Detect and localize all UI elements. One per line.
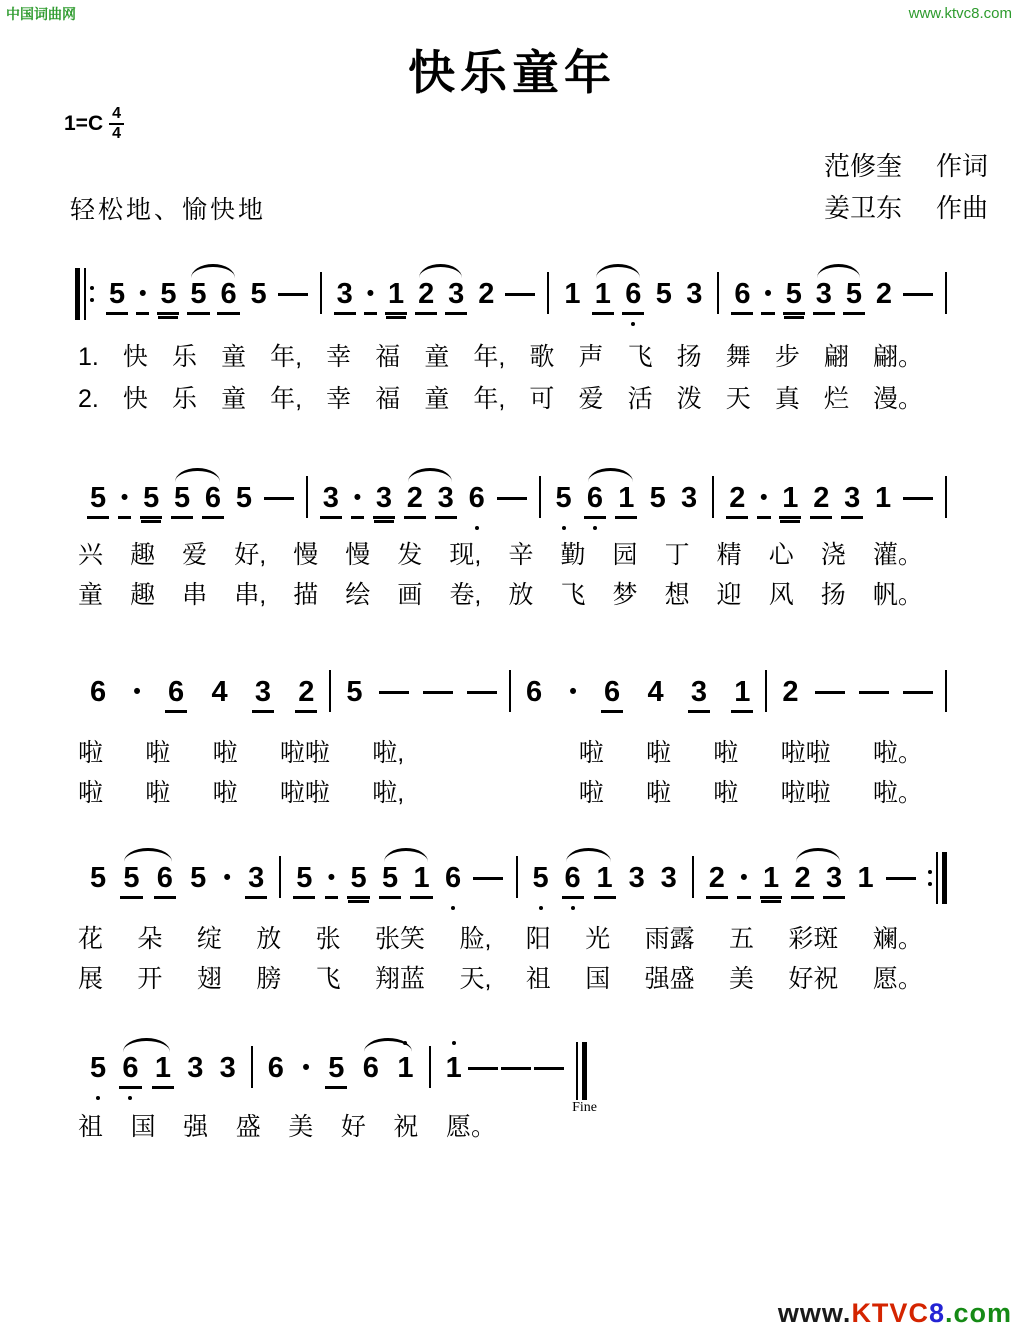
lyric-syllable: 灌。 bbox=[873, 540, 923, 570]
lyric-syllable: 翩。 bbox=[873, 342, 923, 372]
note: 3 bbox=[813, 276, 835, 315]
lyric-syllable: 张笑 bbox=[375, 924, 425, 954]
note: 2 bbox=[295, 674, 317, 713]
measure: 3•1232 bbox=[322, 262, 548, 331]
slur-arc bbox=[408, 468, 452, 482]
lyric-syllable: 福 bbox=[375, 342, 400, 372]
lyric-syllable: 展 bbox=[78, 964, 103, 994]
slur-arc bbox=[596, 264, 640, 278]
dot-note: • bbox=[757, 480, 770, 519]
octave-dot-low bbox=[562, 526, 566, 530]
lyric-syllable: 张 bbox=[316, 924, 341, 954]
lyric-syllable: 慢 bbox=[345, 540, 370, 570]
lyric-syllable: 朵 bbox=[137, 924, 162, 954]
lyric-syllable: 好, bbox=[234, 540, 266, 570]
measure: 2 bbox=[767, 660, 945, 726]
lyric-syllable: 1. bbox=[78, 342, 99, 372]
note: 2 bbox=[404, 480, 426, 519]
dash-note bbox=[468, 1067, 498, 1070]
dot-note: • bbox=[364, 276, 377, 315]
note: 3 bbox=[678, 480, 700, 516]
measure: 6•6431 bbox=[511, 660, 765, 729]
note: 5 bbox=[120, 860, 142, 899]
dash-note bbox=[501, 1067, 531, 1070]
lyric-syllable: 美 bbox=[288, 1112, 313, 1142]
dash-note bbox=[278, 293, 308, 296]
dot-note: • bbox=[221, 860, 234, 896]
lyric-syllable: 年, bbox=[473, 384, 505, 414]
lyric-syllable: 想 bbox=[665, 580, 690, 610]
note: 6 bbox=[165, 674, 187, 713]
dot-note: • bbox=[130, 674, 143, 710]
slur-arc bbox=[588, 468, 633, 482]
measure: 6•6432 bbox=[75, 660, 329, 729]
dash-note bbox=[903, 497, 933, 500]
lyric-syllable: 幸 bbox=[326, 342, 351, 372]
note: 3 bbox=[334, 276, 356, 315]
composer-role: 作曲 bbox=[936, 188, 988, 225]
lyric-syllable: 雨露 bbox=[645, 924, 695, 954]
song-title: 快乐童年 bbox=[0, 36, 1024, 103]
note: 5 bbox=[140, 480, 162, 519]
lyric-syllable: 飞 bbox=[628, 342, 653, 372]
dash-note bbox=[379, 691, 409, 694]
note: 3 bbox=[688, 674, 710, 713]
note: 6 bbox=[442, 860, 464, 896]
slur-arc bbox=[175, 468, 219, 482]
lyric-syllable: 帆。 bbox=[873, 580, 923, 610]
measure: 5•5565 bbox=[94, 262, 320, 331]
note: 4 bbox=[644, 674, 666, 710]
lyric-syllable: 扬 bbox=[821, 580, 846, 610]
lyric-syllable: 2. bbox=[78, 384, 99, 414]
lyric-syllable: 乐 bbox=[172, 342, 197, 372]
dash-note bbox=[264, 497, 294, 500]
music-line-4: 5565•35•5516561332•1231 bbox=[75, 846, 947, 915]
note: 5 bbox=[157, 276, 179, 315]
note: 6 bbox=[601, 674, 623, 713]
repeat-begin-barline bbox=[75, 268, 94, 320]
lyric-syllable: 辛 bbox=[508, 540, 533, 570]
lyric-syllable: 年, bbox=[473, 342, 505, 372]
octave-dot-low bbox=[96, 1096, 100, 1100]
note: 3 bbox=[320, 480, 342, 519]
lyric-syllable: 舞 bbox=[726, 342, 751, 372]
lyric-syllable: 爱 bbox=[182, 540, 207, 570]
lyric-syllable: 啦啦 bbox=[280, 738, 330, 768]
lyric-syllable: 烂 bbox=[824, 384, 849, 414]
note: 6 bbox=[562, 860, 584, 899]
note: 3 bbox=[217, 1050, 239, 1086]
lyric-syllable: 绘 bbox=[345, 580, 370, 610]
time-signature-top: 4 bbox=[109, 106, 124, 125]
lyric-syllable: 啦啦 bbox=[781, 738, 831, 768]
note: 1 bbox=[410, 860, 432, 899]
note: 5 bbox=[171, 480, 193, 519]
lyric-syllable: 可 bbox=[529, 384, 554, 414]
note: 3 bbox=[245, 860, 267, 899]
lyric-syllable: 卷, bbox=[449, 580, 481, 610]
note: 1 bbox=[561, 276, 583, 312]
dash-note bbox=[903, 293, 933, 296]
note: 5 bbox=[843, 276, 865, 315]
dot-note: • bbox=[566, 674, 579, 710]
lyric-syllable: 强盛 bbox=[645, 964, 695, 994]
note: 2 bbox=[779, 674, 801, 710]
dot-note: • bbox=[299, 1050, 312, 1086]
note: 5 bbox=[343, 674, 365, 710]
note: 3 bbox=[252, 674, 274, 713]
lyric-syllable: 精 bbox=[717, 540, 742, 570]
tempo-marking: 轻松地、愉快地 bbox=[70, 190, 266, 226]
key-signature: 1=C 4 4 bbox=[64, 106, 124, 142]
lyric-syllable: 年, bbox=[270, 342, 302, 372]
note: 6 bbox=[731, 276, 753, 315]
lyric-syllable: 啦。 bbox=[873, 738, 923, 768]
measure: 56133 bbox=[75, 1036, 251, 1105]
slur-arc bbox=[419, 264, 462, 278]
lyric-syllable: 乐 bbox=[172, 384, 197, 414]
lyric-syllable: 啦 bbox=[213, 738, 238, 768]
note: 5 bbox=[347, 860, 369, 899]
note: 5 bbox=[87, 860, 109, 896]
watermark-part: KTVC bbox=[851, 1298, 929, 1328]
lyric-syllable: 步 bbox=[775, 342, 800, 372]
key-prefix: 1=C bbox=[64, 112, 103, 136]
measure: 6•561 bbox=[253, 1036, 429, 1105]
measure: 5 bbox=[331, 660, 509, 726]
lyric-row-verse2: 啦啦啦啦啦啦,啦啦啦啦啦啦。 bbox=[78, 778, 923, 808]
music-line-2: 5•55653•3236561532•1231 bbox=[75, 466, 947, 535]
octave-dot-low bbox=[593, 526, 597, 530]
lyric-syllable: 国 bbox=[131, 1112, 156, 1142]
lyricist-role: 作词 bbox=[936, 146, 988, 183]
lyric-row-verse2: 展开翅膀飞翔蓝天,祖国强盛美好祝愿。 bbox=[78, 964, 923, 994]
site-name: 中国词曲网 bbox=[6, 4, 76, 24]
measure: 11653 bbox=[549, 262, 717, 331]
lyric-syllable: 童 bbox=[424, 384, 449, 414]
slur-arc bbox=[566, 848, 611, 862]
note: 1 bbox=[592, 276, 614, 315]
lyric-syllable: 啦啦 bbox=[280, 778, 330, 808]
lyric-syllable: 漫。 bbox=[873, 384, 923, 414]
dash-note bbox=[505, 293, 535, 296]
note: 5 bbox=[647, 480, 669, 516]
note: 6 bbox=[466, 480, 488, 516]
final-barline: Fine bbox=[576, 1042, 587, 1100]
lyric-syllable: 兴 bbox=[78, 540, 103, 570]
lyric-syllable: 光 bbox=[585, 924, 610, 954]
lyric-syllable: 膀 bbox=[256, 964, 281, 994]
barline bbox=[945, 476, 947, 518]
note: 6 bbox=[265, 1050, 287, 1086]
dash-note bbox=[859, 691, 889, 694]
measure: 5565•3 bbox=[75, 846, 279, 915]
dot-note: • bbox=[118, 480, 131, 519]
note: 1 bbox=[594, 860, 616, 899]
watermark-part: 8 bbox=[929, 1298, 945, 1328]
note: 5 bbox=[233, 480, 255, 516]
watermark-part: www. bbox=[778, 1298, 852, 1328]
repeat-dots bbox=[928, 852, 932, 904]
lyric-syllable: 浇 bbox=[821, 540, 846, 570]
lyric-syllable: 慢 bbox=[293, 540, 318, 570]
lyric-row-verse2: 童趣串串,描绘画卷,放飞梦想迎风扬帆。 bbox=[78, 580, 923, 610]
lyric-syllable: 童 bbox=[221, 384, 246, 414]
lyric-syllable: 扬 bbox=[677, 342, 702, 372]
lyric-syllable: 翩 bbox=[824, 342, 849, 372]
note: 1 bbox=[779, 480, 801, 519]
note: 3 bbox=[184, 1050, 206, 1086]
note: 6 bbox=[523, 674, 545, 710]
note: 5 bbox=[553, 480, 575, 516]
lyric-syllable: 风 bbox=[769, 580, 794, 610]
lyric-syllable: 啦 bbox=[78, 778, 103, 808]
note: 3 bbox=[823, 860, 845, 899]
lyric-syllable: 真 bbox=[775, 384, 800, 414]
lyric-syllable: 爱 bbox=[579, 384, 604, 414]
site-url-header: www.ktvc8.com bbox=[909, 5, 1012, 22]
lyric-syllable: 丁 bbox=[665, 540, 690, 570]
dot-note: • bbox=[737, 860, 750, 899]
time-signature: 4 4 bbox=[109, 106, 124, 142]
lyric-syllable: 园 bbox=[613, 540, 638, 570]
lyric-syllable: 盛 bbox=[236, 1112, 261, 1142]
lyric-row-verse1: 1.快乐童年,幸福童年,歌声飞扬舞步翩翩。 bbox=[78, 342, 923, 372]
lyric-syllable: 心 bbox=[769, 540, 794, 570]
measure: 56153 bbox=[541, 466, 713, 535]
measure: 2•1231 bbox=[714, 466, 945, 535]
measure: 3•3236 bbox=[308, 466, 539, 535]
note: 5 bbox=[783, 276, 805, 315]
note: 5 bbox=[187, 276, 209, 315]
sheet-music-page: 中国词曲网 www.ktvc8.com 快乐童年 1=C 4 4 范修奎 作词 … bbox=[0, 0, 1024, 1331]
note: 2 bbox=[475, 276, 497, 312]
octave-dot-low bbox=[571, 906, 575, 910]
measure: 56133 bbox=[518, 846, 692, 915]
octave-dot-low bbox=[539, 906, 543, 910]
slur-arc bbox=[124, 848, 171, 862]
lyric-syllable: 啦 bbox=[713, 778, 738, 808]
note: 1 bbox=[443, 1050, 465, 1086]
note: 3 bbox=[435, 480, 457, 519]
lyric-syllable: 愿。 bbox=[873, 964, 923, 994]
note: 1 bbox=[731, 674, 753, 713]
note: 3 bbox=[626, 860, 648, 896]
lyric-syllable: 童 bbox=[221, 342, 246, 372]
lyric-syllable: 愿。 bbox=[446, 1112, 496, 1142]
lyric-syllable: 国 bbox=[585, 964, 610, 994]
measure: 6•5352 bbox=[719, 262, 945, 331]
octave-dot-high bbox=[452, 1041, 456, 1045]
dash-note bbox=[497, 497, 527, 500]
note: 6 bbox=[87, 674, 109, 710]
music-line-5: 561336•5611Fine bbox=[75, 1036, 587, 1105]
site-watermark: www.KTVC8.com bbox=[778, 1298, 1012, 1329]
note: 3 bbox=[445, 276, 467, 315]
lyric-syllable: 趣 bbox=[130, 540, 155, 570]
lyric-syllable: 童 bbox=[78, 580, 103, 610]
note: 1 bbox=[760, 860, 782, 899]
octave-dot-low bbox=[631, 322, 635, 326]
note: 2 bbox=[873, 276, 895, 312]
barline bbox=[945, 272, 947, 314]
lyric-row-coda: 祖国强盛美好祝愿。 bbox=[78, 1112, 496, 1142]
lyric-syllable: 好祝 bbox=[788, 964, 838, 994]
lyric-syllable: 现, bbox=[449, 540, 481, 570]
note: 1 bbox=[615, 480, 637, 519]
music-line-3: 6•643256•64312 bbox=[75, 660, 947, 729]
lyric-syllable: 快 bbox=[123, 342, 148, 372]
lyric-syllable: 美 bbox=[729, 964, 754, 994]
lyric-syllable: 啦 bbox=[579, 778, 604, 808]
note: 3 bbox=[373, 480, 395, 519]
lyric-row-verse1: 花朵绽放张张笑脸,阳光雨露五彩斑斓。 bbox=[78, 924, 923, 954]
lyric-syllable: 好 bbox=[341, 1112, 366, 1142]
lyric-syllable: 勤 bbox=[560, 540, 585, 570]
lyric-syllable: 祖 bbox=[78, 1112, 103, 1142]
dot-note: • bbox=[325, 860, 338, 899]
lyric-syllable: 天, bbox=[459, 964, 491, 994]
measure: 2•1231 bbox=[694, 846, 928, 915]
lyric-syllable: 串 bbox=[182, 580, 207, 610]
lyric-syllable: 啦 bbox=[213, 778, 238, 808]
measure: 5•5516 bbox=[281, 846, 515, 915]
lyric-syllable: 梦 bbox=[613, 580, 638, 610]
lyric-syllable: 快 bbox=[123, 384, 148, 414]
lyric-syllable: 啦 bbox=[713, 738, 738, 768]
note: 5 bbox=[653, 276, 675, 312]
note: 1 bbox=[854, 860, 876, 896]
note: 2 bbox=[415, 276, 437, 315]
note: 4 bbox=[208, 674, 230, 710]
note: 3 bbox=[683, 276, 705, 312]
lyric-syllable: 啦 bbox=[78, 738, 103, 768]
lyric-syllable: 强 bbox=[183, 1112, 208, 1142]
fine-marking: Fine bbox=[572, 1100, 597, 1116]
note: 1 bbox=[872, 480, 894, 516]
note: 5 bbox=[530, 860, 552, 896]
note: 6 bbox=[584, 480, 606, 519]
note: 6 bbox=[217, 276, 239, 315]
lyric-syllable: 活 bbox=[628, 384, 653, 414]
lyric-syllable: 彩斑 bbox=[788, 924, 838, 954]
octave-dot-low bbox=[475, 526, 479, 530]
dash-note bbox=[534, 1067, 564, 1070]
dash-note bbox=[473, 877, 503, 880]
lyric-syllable: 天 bbox=[726, 384, 751, 414]
lyric-syllable: 放 bbox=[256, 924, 281, 954]
note: 1 bbox=[394, 1050, 416, 1086]
lyric-syllable: 五 bbox=[729, 924, 754, 954]
note: 6 bbox=[119, 1050, 141, 1089]
lyric-spacer bbox=[446, 778, 536, 808]
lyric-syllable: 串, bbox=[234, 580, 266, 610]
note: 2 bbox=[810, 480, 832, 519]
lyric-syllable: 翔蓝 bbox=[375, 964, 425, 994]
lyric-syllable: 斓。 bbox=[873, 924, 923, 954]
lyric-syllable: 绽 bbox=[197, 924, 222, 954]
lyric-syllable: 飞 bbox=[560, 580, 585, 610]
octave-dot-low bbox=[128, 1096, 132, 1100]
lyric-syllable: 童 bbox=[424, 342, 449, 372]
composer-name: 姜卫东 bbox=[824, 188, 902, 225]
lyric-syllable: 祝 bbox=[393, 1112, 418, 1142]
lyric-syllable: 啦 bbox=[579, 738, 604, 768]
note: 3 bbox=[841, 480, 863, 519]
watermark-part: .com bbox=[945, 1298, 1012, 1328]
note: 6 bbox=[622, 276, 644, 315]
dot-note: • bbox=[351, 480, 364, 519]
lyric-syllable: 趣 bbox=[130, 580, 155, 610]
note: 5 bbox=[87, 1050, 109, 1086]
note: 5 bbox=[293, 860, 315, 899]
note: 2 bbox=[706, 860, 728, 899]
lyric-syllable: 发 bbox=[397, 540, 422, 570]
lyric-syllable: 祖 bbox=[526, 964, 551, 994]
lyric-syllable: 描 bbox=[293, 580, 318, 610]
slur-arc bbox=[123, 1038, 169, 1052]
lyric-syllable: 画 bbox=[397, 580, 422, 610]
lyric-syllable: 飞 bbox=[316, 964, 341, 994]
lyric-row-verse2: 2.快乐童年,幸福童年,可爱活泼天真烂漫。 bbox=[78, 384, 923, 414]
lyric-syllable: 花 bbox=[78, 924, 103, 954]
slur-arc bbox=[796, 848, 840, 862]
note: 2 bbox=[726, 480, 748, 519]
note: 5 bbox=[187, 860, 209, 896]
slur-arc bbox=[817, 264, 860, 278]
note: 6 bbox=[202, 480, 224, 519]
note: 5 bbox=[325, 1050, 347, 1089]
measure: 5•5565 bbox=[75, 466, 306, 535]
note: 5 bbox=[87, 480, 109, 519]
time-signature-bottom: 4 bbox=[112, 125, 121, 142]
lyric-syllable: 啦 bbox=[646, 778, 671, 808]
measure: 1 bbox=[431, 1036, 576, 1102]
lyric-syllable: 迎 bbox=[717, 580, 742, 610]
composer-credit: 姜卫东 作曲 bbox=[824, 188, 988, 225]
lyric-spacer bbox=[446, 738, 536, 768]
dot-note: • bbox=[136, 276, 149, 315]
lyricist-credit: 范修奎 作词 bbox=[824, 146, 988, 183]
note: 5 bbox=[379, 860, 401, 899]
octave-dot-low bbox=[451, 906, 455, 910]
dot-note: • bbox=[761, 276, 774, 315]
lyric-syllable: 年, bbox=[270, 384, 302, 414]
lyric-syllable: 啦啦 bbox=[781, 778, 831, 808]
lyric-syllable: 幸 bbox=[326, 384, 351, 414]
note: 3 bbox=[658, 860, 680, 896]
lyric-syllable: 啦, bbox=[372, 738, 404, 768]
lyric-syllable: 声 bbox=[579, 342, 604, 372]
dash-note bbox=[886, 877, 916, 880]
lyric-row-verse1: 兴趣爱好,慢慢发现,辛勤园丁精心浇灌。 bbox=[78, 540, 923, 570]
lyric-syllable: 福 bbox=[375, 384, 400, 414]
lyric-syllable: 脸, bbox=[459, 924, 491, 954]
note: 6 bbox=[154, 860, 176, 899]
dash-note bbox=[903, 691, 933, 694]
note: 2 bbox=[791, 860, 813, 899]
dash-note bbox=[815, 691, 845, 694]
dash-note bbox=[467, 691, 497, 694]
note: 1 bbox=[152, 1050, 174, 1089]
dash-note bbox=[423, 691, 453, 694]
lyric-syllable: 啦。 bbox=[873, 778, 923, 808]
note: 5 bbox=[106, 276, 128, 315]
lyric-syllable: 啦 bbox=[145, 738, 170, 768]
lyric-syllable: 阳 bbox=[526, 924, 551, 954]
slur-arc bbox=[191, 264, 234, 278]
